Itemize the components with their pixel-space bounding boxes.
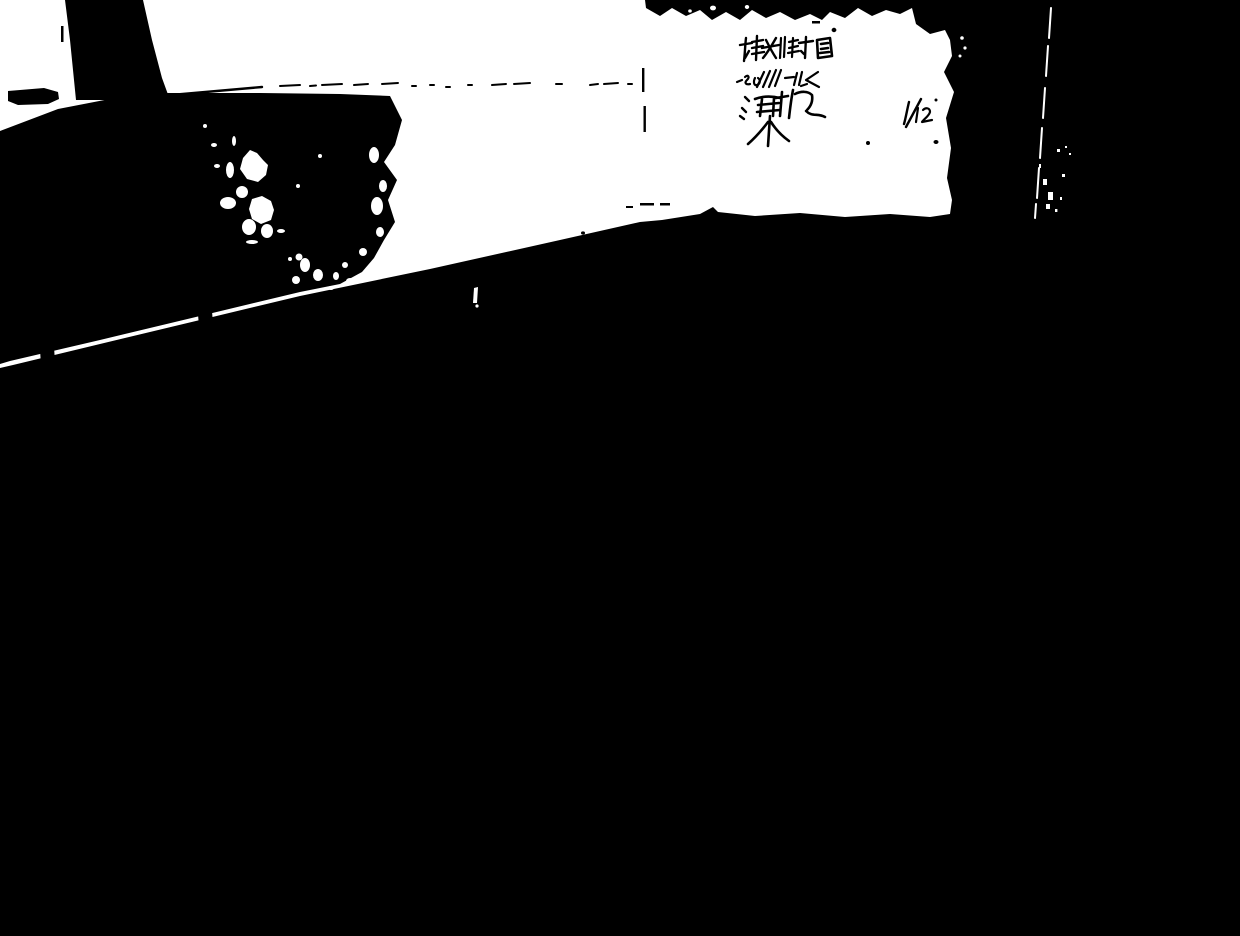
column-speck <box>1057 149 1060 152</box>
column-speck <box>1060 197 1062 200</box>
panel-edge-speck <box>960 36 964 40</box>
column-speck <box>1069 153 1071 155</box>
floating-edge-dash <box>660 203 670 206</box>
binarized-photo <box>0 0 1240 936</box>
speckle <box>288 257 292 261</box>
band-hole-speck <box>688 9 692 12</box>
column-speck <box>1039 164 1041 168</box>
speckle <box>379 180 387 192</box>
speckle <box>211 143 217 147</box>
speckle <box>300 258 310 272</box>
wall-top-edge-dash <box>514 83 530 84</box>
foreground-tick-dot <box>475 304 478 307</box>
speckle <box>296 184 300 188</box>
speckle <box>246 240 258 244</box>
wall-top-edge-dash <box>492 84 506 85</box>
panel-corner-line <box>644 106 646 132</box>
handwriting-fraction-speck <box>935 99 938 102</box>
wall-top-edge-dash <box>354 84 368 85</box>
speckle <box>220 197 236 209</box>
wall-top-edge-dash <box>310 86 316 87</box>
column-speck <box>1055 209 1057 212</box>
panel-corner-line <box>642 68 644 92</box>
wall-top-edge-dash <box>604 83 618 84</box>
speckle <box>342 262 348 268</box>
wall-top-edge-dash <box>322 84 342 85</box>
speckle <box>318 154 322 158</box>
speckle <box>277 229 285 233</box>
floating-edge-dot <box>581 231 585 234</box>
panel-spot <box>934 140 939 144</box>
ledge-shadow-bar <box>8 88 59 105</box>
speckle <box>371 197 383 215</box>
column-speck <box>1046 204 1050 209</box>
speckle <box>261 224 273 238</box>
wall-top-edge-dash <box>280 85 300 86</box>
handwriting-line2-dash <box>785 77 794 78</box>
speckle <box>369 147 379 163</box>
floating-edge-dash <box>626 206 633 208</box>
post-scratch-mark <box>61 26 64 42</box>
column-scratch-highlight <box>1035 204 1036 218</box>
column-speck <box>1065 146 1067 148</box>
binarized-photo-stage: 1/12 <box>0 0 1240 936</box>
panel-spot <box>866 141 870 145</box>
panel-edge-speck <box>963 46 966 49</box>
speckle <box>359 248 367 256</box>
speckle <box>328 286 334 290</box>
speckle <box>296 254 303 261</box>
speckle <box>214 164 220 168</box>
speckle <box>232 136 236 146</box>
speckle <box>376 227 384 237</box>
speckle <box>333 272 339 280</box>
handwriting-line1-dot <box>832 28 837 32</box>
speckle <box>242 219 256 235</box>
band-hole-speck <box>710 6 716 11</box>
wall-top-edge-dash <box>382 83 398 84</box>
band-floating-dash <box>812 21 820 24</box>
column-speck <box>1048 192 1053 200</box>
column-speck <box>1043 179 1047 185</box>
speckle <box>226 162 234 178</box>
speckle <box>236 186 248 198</box>
speckle <box>203 124 207 128</box>
floating-edge-dash <box>640 203 654 206</box>
speckle <box>346 278 354 284</box>
speckle <box>292 276 300 284</box>
column-speck <box>1062 174 1065 177</box>
band-hole-speck <box>745 5 749 9</box>
wall-top-edge-dash <box>590 84 598 85</box>
panel-edge-speck <box>959 55 962 58</box>
speckle <box>313 269 323 281</box>
